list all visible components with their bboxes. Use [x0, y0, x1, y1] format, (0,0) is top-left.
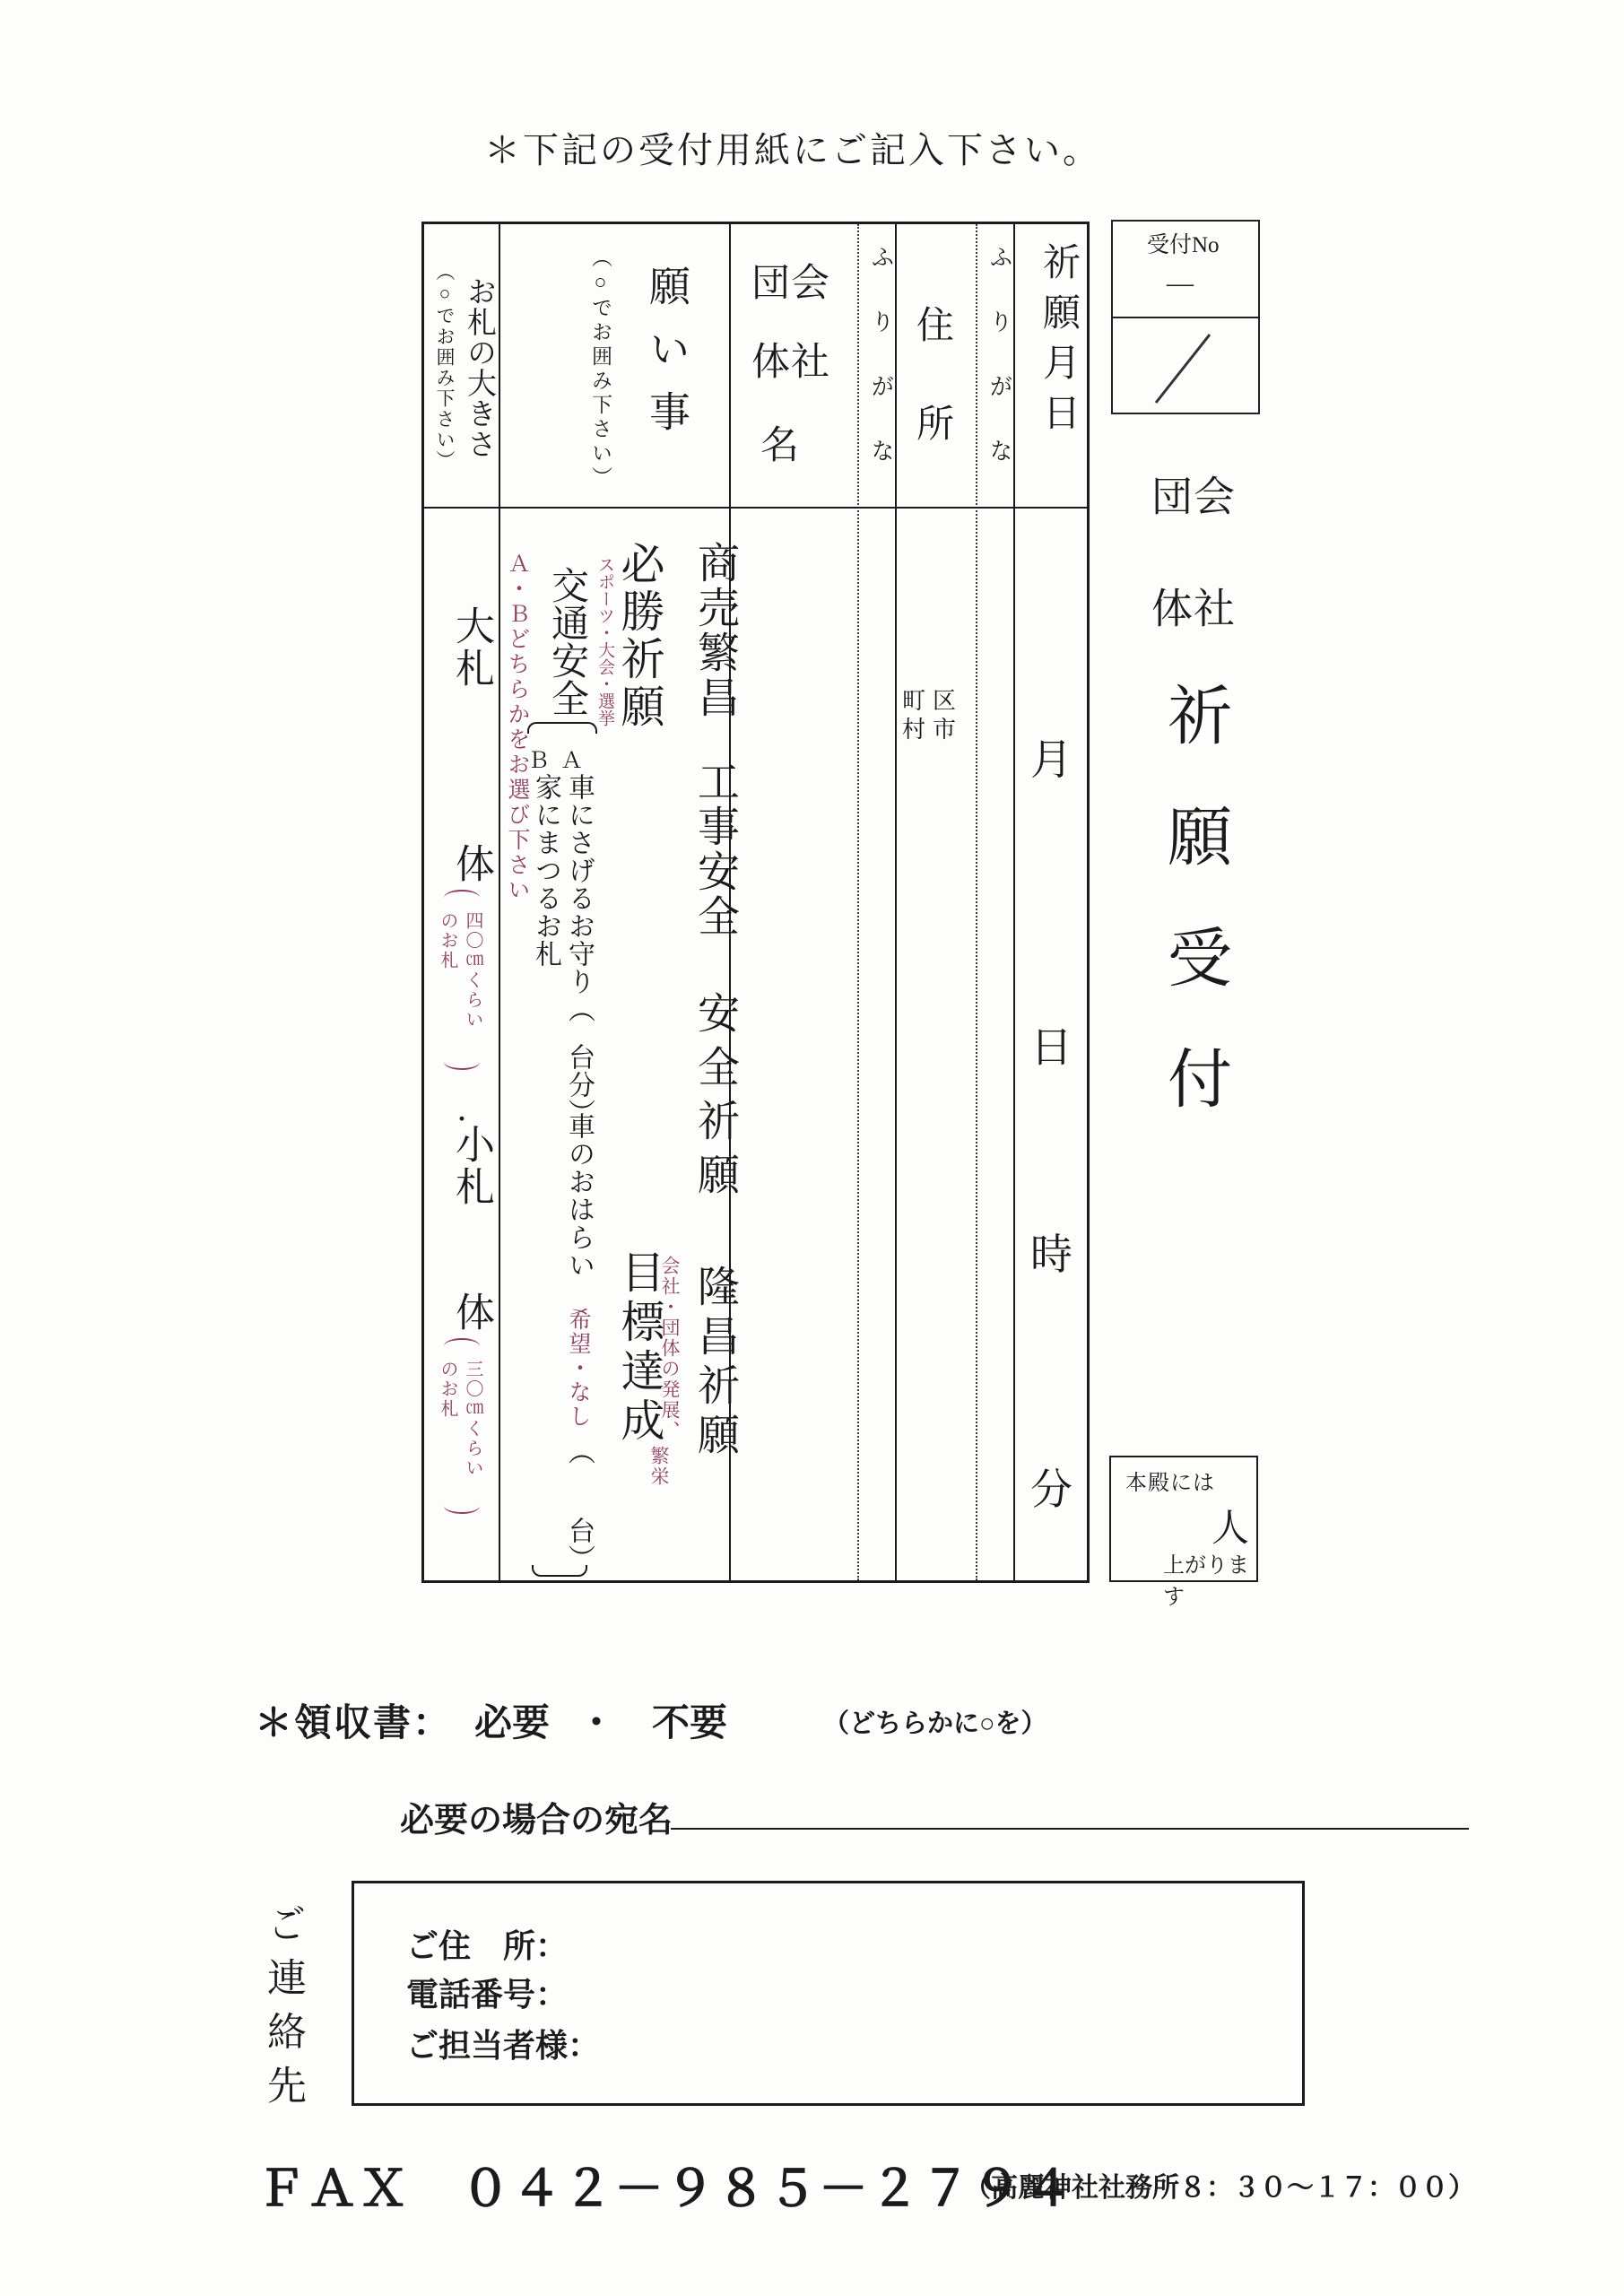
- side-title-main: 祈願受付: [1147, 682, 1240, 1166]
- divider-address-furigana-dotted: [976, 224, 977, 1580]
- scanned-form-page: ＊下記の受付用紙にご記入下さい。 受付No — 会社 団体 祈願受付 祈願月日 …: [0, 0, 1624, 2296]
- size1-note-a: 四〇㎝くらい: [460, 911, 486, 1030]
- size-column-header: お札の大きさ: [458, 276, 500, 459]
- slash-mark: [1147, 327, 1219, 410]
- contact-person-field[interactable]: ご担当者様：: [406, 2021, 600, 2066]
- wish-option-hissho[interactable]: 必勝祈願: [608, 541, 671, 731]
- date-unit-minute: 分: [1030, 1457, 1073, 1517]
- main-form-table: 祈願月日 月 日 時 分 ふりがな 住 所 区 市 町 村 ふりがな 会社 団体…: [421, 222, 1090, 1583]
- divider-company-furigana-dotted: [857, 224, 859, 1580]
- size1-note-b: のお札: [435, 911, 461, 970]
- contact-address-field[interactable]: ご住 所：: [406, 1921, 568, 1967]
- wish-option-koji[interactable]: 工事安全: [685, 760, 745, 939]
- ab-bracket-bottom: [532, 1565, 587, 1577]
- receipt-option-dot: ・: [578, 1693, 615, 1747]
- fax-office-note: （高麗神社社務所８：３０～１７：００）: [964, 2165, 1475, 2205]
- reception-no-label: 受付No: [1147, 227, 1220, 259]
- size2-note-a: 三〇㎝くらい: [460, 1360, 486, 1478]
- car-purification-text: 車のおはらい: [559, 1112, 598, 1279]
- size-column-note: （○でお囲み下さい）: [431, 262, 458, 471]
- ab-choose-note: Ａ・Ｂどちらかをお選び下さい: [500, 552, 533, 903]
- contact-phone-field[interactable]: 電話番号：: [406, 1970, 568, 2015]
- size2-note-b: のお札: [435, 1360, 461, 1419]
- address-furigana-label: ふりがな: [983, 245, 1016, 503]
- date-unit-hour: 時: [1030, 1222, 1073, 1282]
- honden-nin: 人: [1211, 1499, 1249, 1552]
- size-option-ofuda-large[interactable]: 大札: [442, 605, 499, 690]
- wish-note-hanei: 繁栄: [646, 1446, 673, 1487]
- wish-note-sports: スポーツ・大会・選挙: [593, 556, 617, 726]
- reception-no-box: 受付No —: [1111, 220, 1260, 414]
- address-label-1: 住: [916, 296, 954, 350]
- contact-side-label: ご連絡先: [254, 1903, 311, 2118]
- date-unit-month: 月: [1030, 726, 1073, 787]
- page-title: ＊下記の受付用紙にご記入下さい。: [484, 122, 1101, 173]
- ab-bracket-top: [527, 722, 597, 734]
- company-furigana-label: ふりがな: [864, 245, 898, 503]
- size-option-tai2[interactable]: 体: [442, 1291, 499, 1331]
- date-column-header: 祈願月日: [1031, 242, 1085, 443]
- side-title-dantai: 団体: [1139, 474, 1198, 699]
- address-son: 村: [902, 711, 925, 744]
- size2-paren-close: [444, 1498, 480, 1514]
- fax-number: ＦＡＸ ０４２－９８５－２７９４: [256, 2149, 1074, 2220]
- wish-option-kotsu[interactable]: 交通安全: [540, 566, 594, 717]
- date-unit-day: 日: [1030, 1014, 1073, 1074]
- address-label-2: 所: [916, 395, 954, 448]
- addressee-fill-line[interactable]: [671, 1794, 1469, 1830]
- honden-line2: 上がります: [1163, 1547, 1256, 1610]
- receipt-label: ＊領収書：: [255, 1693, 452, 1747]
- honden-line1: 本殿には: [1125, 1465, 1215, 1496]
- company-label-dantai: 団体: [740, 262, 795, 420]
- option-a-mark[interactable]: Ａ: [560, 743, 583, 775]
- wish-column-header: 願い事: [637, 265, 696, 453]
- size-option-tai1[interactable]: 体: [442, 843, 499, 883]
- receipt-option-needed[interactable]: 必要: [474, 1693, 550, 1747]
- addressee-label: 必要の場合の宛名: [400, 1792, 673, 1841]
- receipt-circle-note: （どちらかに○を）: [823, 1703, 1047, 1740]
- receipt-option-not-needed[interactable]: 不要: [652, 1693, 727, 1747]
- wish-column-note: （○でお囲み下さい）: [586, 247, 615, 491]
- reception-no-divider: [1113, 317, 1258, 318]
- wish-option-shobai[interactable]: 商売繁昌: [685, 541, 745, 720]
- size2-paren-open: [444, 1338, 480, 1354]
- contact-box: ご住 所： 電話番号： ご担当者様：: [352, 1881, 1305, 2106]
- size1-paren-close: [444, 1054, 480, 1070]
- car-count-dai: 台）: [559, 1517, 598, 1572]
- size-option-ofuda-small[interactable]: 小札: [442, 1124, 499, 1208]
- car-count-open-paren: （: [559, 1438, 598, 1465]
- header-row-divider: [424, 507, 1087, 509]
- honden-box: 本殿には 人 上がります: [1109, 1456, 1258, 1582]
- size1-paren-open: [444, 890, 480, 906]
- wish-option-anzen[interactable]: 安全祈願: [685, 991, 745, 1206]
- reception-no-dash: —: [1167, 268, 1194, 299]
- wish-note-hatten: 会社・団体の発展、: [656, 1256, 683, 1441]
- wish-option-ryusho[interactable]: 隆昌祈願: [685, 1265, 745, 1462]
- address-shi: 市: [933, 711, 956, 744]
- car-purification-choice[interactable]: 希望・なし: [561, 1308, 594, 1429]
- company-label-mei: 名: [760, 415, 799, 470]
